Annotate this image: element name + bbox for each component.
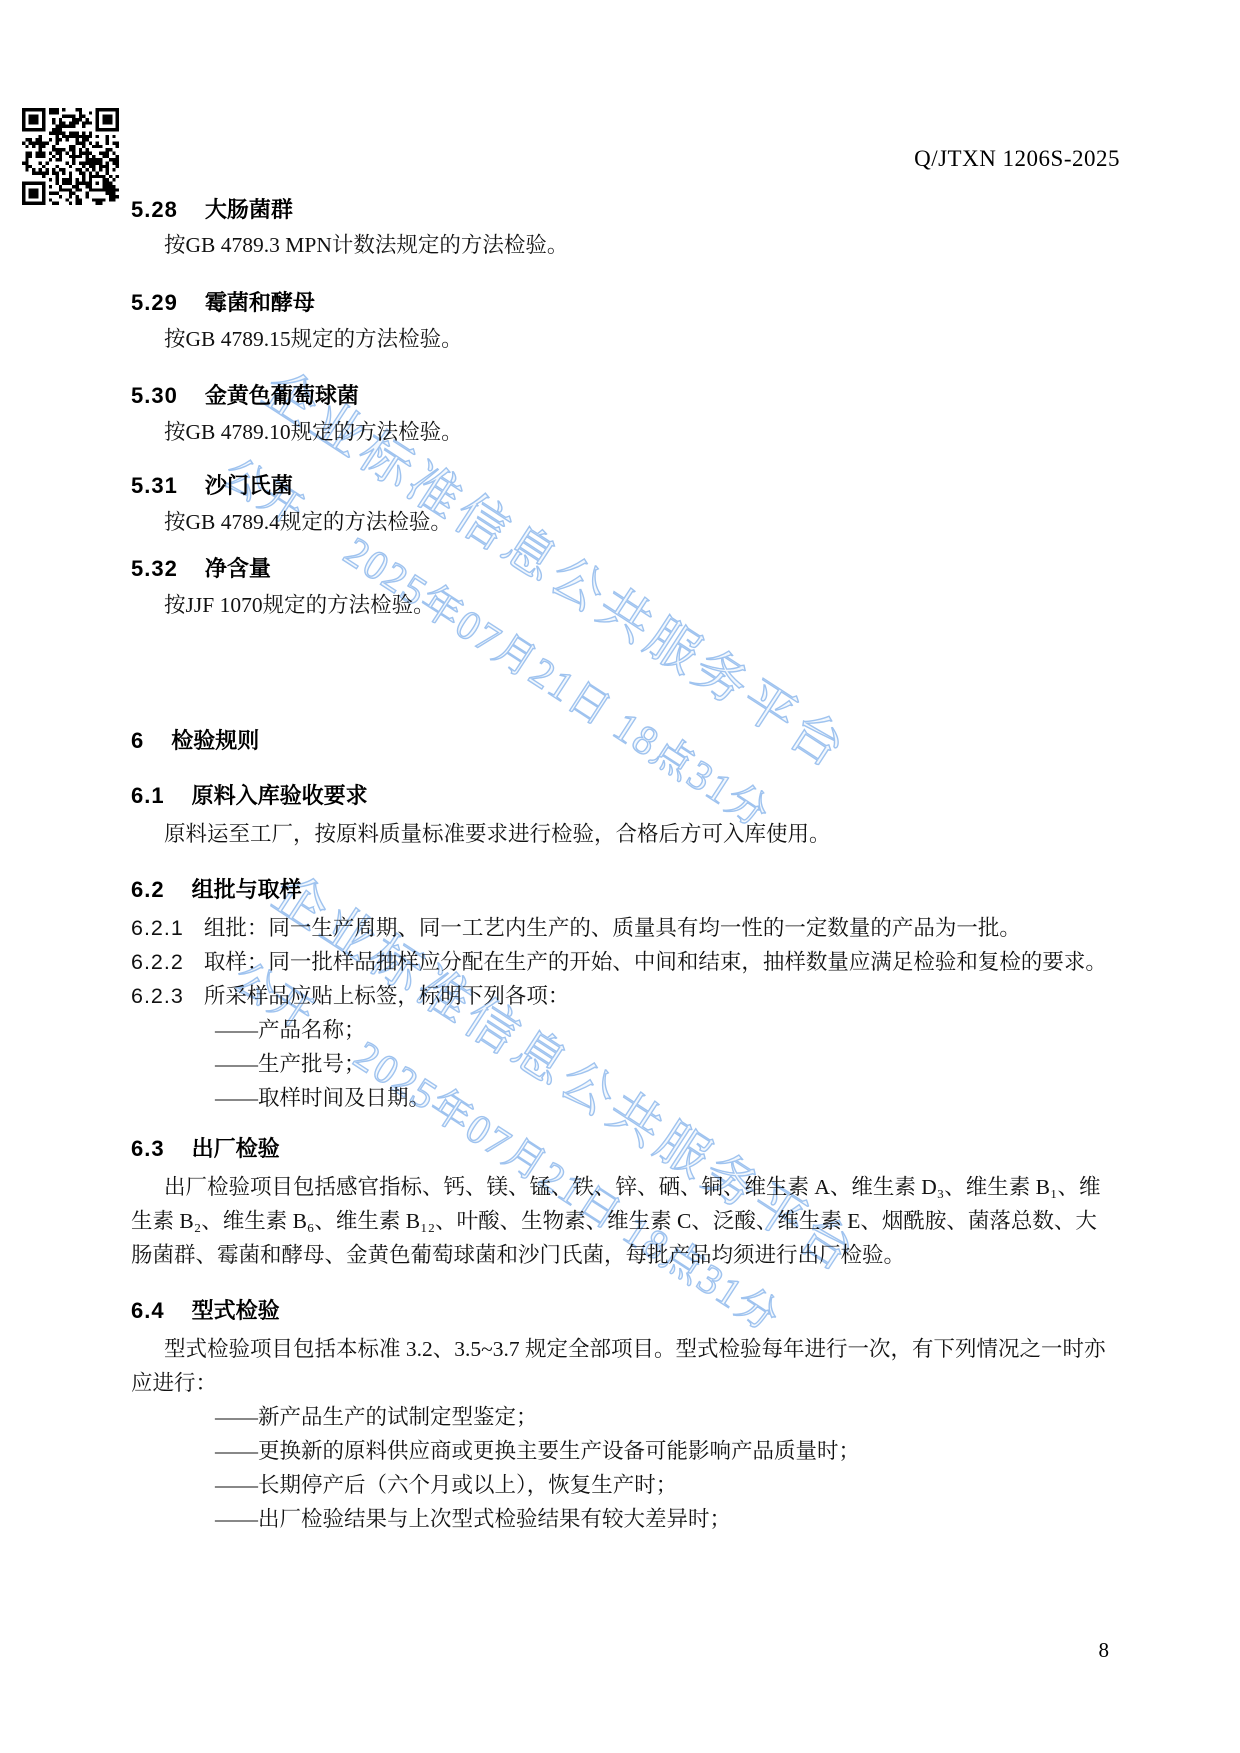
clause-6-2-heading: 6.2 组批与取样 bbox=[131, 877, 1111, 903]
clause-5-29-body: 按GB 4789.15规定的方法检验。 bbox=[131, 322, 1111, 356]
clause-5-31-body: 按GB 4789.4规定的方法检验。 bbox=[131, 505, 1111, 539]
clause-5-28-heading: 5.28 大肠菌群 bbox=[131, 197, 1111, 223]
clause-number: 5.30 bbox=[131, 383, 178, 409]
clause-number: 6.2 bbox=[131, 877, 165, 903]
list-item: ——新产品生产的试制定型鉴定； bbox=[131, 1400, 1111, 1434]
clause-6-2-1-item: 6.2.1组批：同一生产周期、同一工艺内生产的、质量具有均一性的一定数量的产品为… bbox=[131, 911, 1111, 945]
clause-number: 6.4 bbox=[131, 1298, 165, 1324]
clause-5-28-body: 按GB 4789.3 MPN计数法规定的方法检验。 bbox=[131, 228, 1111, 262]
page-number: 8 bbox=[1099, 1638, 1110, 1662]
clause-number: 5.32 bbox=[131, 556, 178, 582]
clause-number: 6.1 bbox=[131, 783, 165, 809]
document-page: Q/JTXN 1206S-2025 企业标准信息公共服务平台 公开 2025年0… bbox=[0, 0, 1240, 1753]
clause-6-4-heading: 6.4 型式检验 bbox=[131, 1298, 1111, 1324]
clause-number: 5.31 bbox=[131, 473, 178, 499]
clause-title: 组批与取样 bbox=[192, 877, 302, 903]
clause-title: 大肠菌群 bbox=[205, 197, 293, 223]
clause-6-3-heading: 6.3 出厂检验 bbox=[131, 1136, 1111, 1162]
clause-6-1-body: 原料运至工厂，按原料质量标准要求进行检验，合格后方可入库使用。 bbox=[131, 817, 1111, 851]
clause-6-4-body: 型式检验项目包括本标准 3.2、3.5~3.7 规定全部项目。型式检验每年进行一… bbox=[131, 1332, 1111, 1400]
list-item: ——长期停产后（六个月或以上），恢复生产时； bbox=[131, 1468, 1111, 1502]
item-text: 取样：同一批样品抽样应分配在生产的开始、中间和结束，抽样数量应满足检验和复检的要… bbox=[204, 950, 1107, 974]
clause-6-2-2-item: 6.2.2取样：同一批样品抽样应分配在生产的开始、中间和结束，抽样数量应满足检验… bbox=[131, 945, 1111, 979]
clause-6-3-body: 出厂检验项目包括感官指标、钙、镁、锰、铁、锌、硒、铜、维生素 A、维生素 D₃、… bbox=[131, 1170, 1111, 1272]
document-content: 5.28 大肠菌群 按GB 4789.3 MPN计数法规定的方法检验。 5.29… bbox=[131, 0, 1111, 1536]
clause-title: 沙门氏菌 bbox=[205, 473, 293, 499]
clause-number: 5.29 bbox=[131, 290, 178, 316]
clause-5-32-heading: 5.32 净含量 bbox=[131, 556, 1111, 582]
list-item: ——出厂检验结果与上次型式检验结果有较大差异时； bbox=[131, 1502, 1111, 1536]
clause-title: 出厂检验 bbox=[192, 1136, 280, 1162]
clause-title: 霉菌和酵母 bbox=[205, 290, 315, 316]
clause-5-30-heading: 5.30 金黄色葡萄球菌 bbox=[131, 383, 1111, 409]
clause-title: 净含量 bbox=[205, 556, 271, 582]
clause-6-2-3-item: 6.2.3所采样品应贴上标签，标明下列各项： bbox=[131, 979, 1111, 1013]
clause-5-32-body: 按JJF 1070规定的方法检验。 bbox=[131, 588, 1111, 622]
clause-5-31-heading: 5.31 沙门氏菌 bbox=[131, 473, 1111, 499]
qr-code bbox=[22, 108, 119, 205]
list-item: ——生产批号； bbox=[131, 1047, 1111, 1081]
item-text: 所采样品应贴上标签，标明下列各项： bbox=[204, 984, 570, 1008]
chapter-number: 6 bbox=[131, 728, 144, 754]
clause-title: 型式检验 bbox=[192, 1298, 280, 1324]
clause-6-1-heading: 6.1 原料入库验收要求 bbox=[131, 783, 1111, 809]
clause-title: 原料入库验收要求 bbox=[192, 783, 368, 809]
item-number: 6.2.3 bbox=[131, 984, 184, 1008]
item-text: 组批：同一生产周期、同一工艺内生产的、质量具有均一性的一定数量的产品为一批。 bbox=[204, 916, 1021, 940]
clause-5-30-body: 按GB 4789.10规定的方法检验。 bbox=[131, 415, 1111, 449]
list-item: ——产品名称； bbox=[131, 1013, 1111, 1047]
chapter-title: 检验规则 bbox=[171, 728, 259, 754]
item-number: 6.2.1 bbox=[131, 916, 184, 940]
list-item: ——取样时间及日期。 bbox=[131, 1081, 1111, 1115]
clause-title: 金黄色葡萄球菌 bbox=[205, 383, 359, 409]
list-item: ——更换新的原料供应商或更换主要生产设备可能影响产品质量时； bbox=[131, 1434, 1111, 1468]
chapter-6-heading: 6 检验规则 bbox=[131, 728, 1111, 754]
clause-5-29-heading: 5.29 霉菌和酵母 bbox=[131, 290, 1111, 316]
item-number: 6.2.2 bbox=[131, 950, 184, 974]
clause-number: 5.28 bbox=[131, 197, 178, 223]
clause-number: 6.3 bbox=[131, 1136, 165, 1162]
